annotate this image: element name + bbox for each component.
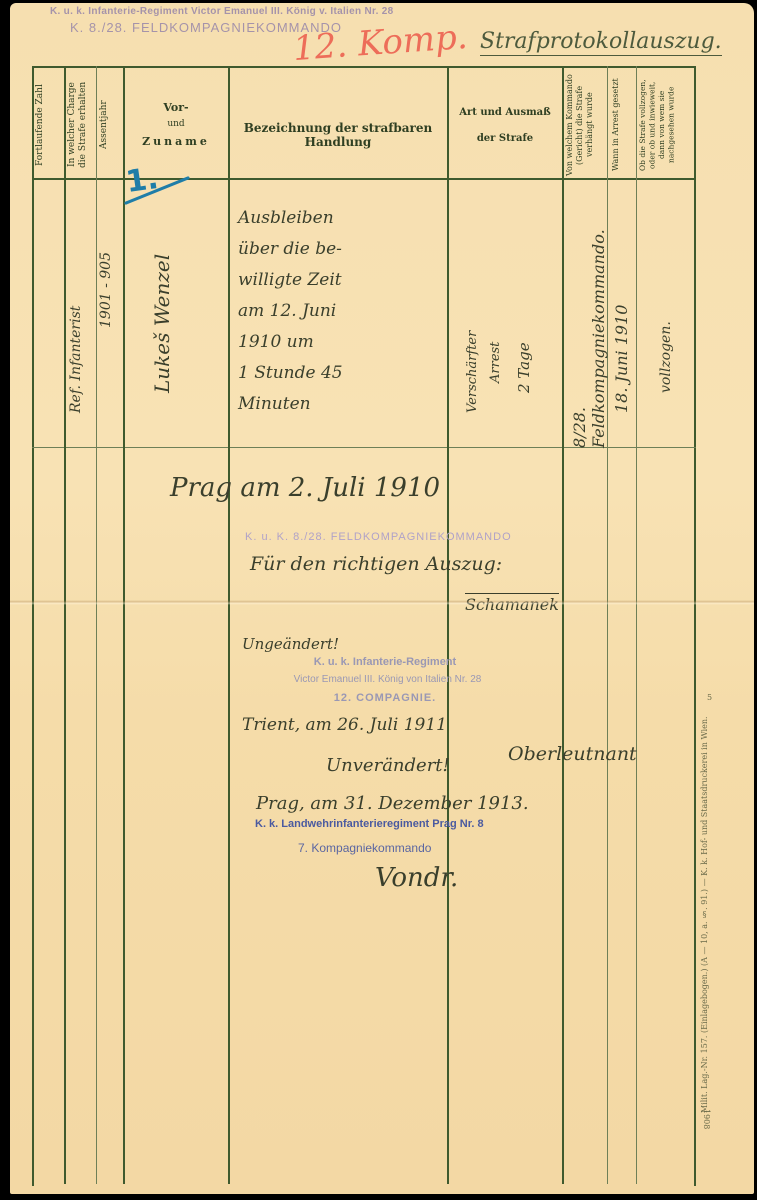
- cell-arrest-datum: 18. Juni 1910: [612, 213, 634, 413]
- document-page: K. u. k. Infanterie-Regiment Victor Eman…: [10, 3, 754, 1194]
- endorsement1-signature: Oberleutnant: [508, 743, 637, 765]
- header-art-line2: der Strafe: [450, 133, 560, 144]
- cell-assentjahr: 1901 - 905: [98, 218, 120, 328]
- header-vor: Vor-: [126, 101, 226, 114]
- certification-text: Für den richtigen Auszug:: [250, 553, 502, 575]
- endorsement1-stamp-line1: K. u. k. Infanterie-Regiment: [270, 656, 500, 668]
- cell-strafe-line2: Arrest: [488, 263, 506, 383]
- endorsement2-stamp-line2: 7. Kompagniekommando: [298, 841, 431, 855]
- col-line: [228, 66, 230, 1184]
- header-art-line1: Art und Ausmaß: [450, 107, 560, 118]
- endorsement2-place-date: Prag, am 31. Dezember 1913.: [256, 793, 529, 814]
- cell-name: Lukeš Wenzel: [150, 203, 200, 393]
- certification-stamp: K. u. K. 8./28. FELDKOMPAGNIEKOMMANDO: [245, 531, 512, 543]
- certification-place-date: Prag am 2. Juli 1910: [170, 473, 440, 503]
- cell-charge: Ref. Infanterist: [68, 213, 92, 413]
- col-line: [123, 66, 125, 1184]
- header-kommando: Von welchem Kommando (Gericht) die Straf…: [565, 73, 605, 177]
- col-line: [96, 66, 97, 1184]
- endorsement1-text: Ungeändert!: [242, 635, 339, 653]
- cell-vollzogen: vollzogen.: [658, 243, 680, 393]
- endorsement1-stamp-line3: 12. COMPAGNIE.: [270, 692, 500, 704]
- top-regiment-stamp: K. u. k. Infanterie-Regiment Victor Eman…: [50, 6, 394, 17]
- header-fortlaufende-zahl: Fortlaufende Zahl: [35, 75, 61, 175]
- cell-handlung: Ausbleiben über die be- willigte Zeit am…: [238, 203, 443, 420]
- side-mark-number: 5: [707, 693, 712, 702]
- header-charge: In welcher Charge die Strafe erhalten: [67, 75, 93, 175]
- col-line: [562, 66, 564, 1184]
- page-fold: [10, 600, 754, 605]
- cell-strafe-line1: Verschärfter: [465, 253, 483, 413]
- col-line: [447, 66, 449, 1184]
- document-title: Strafprotokollauszug.: [480, 29, 722, 56]
- header-und: und: [126, 119, 226, 129]
- col-line: [64, 66, 66, 1184]
- header-arrest: Wann in Arrest gesetzt: [610, 73, 634, 177]
- endorsement1-place-date: Trient, am 26. Juli 1911: [242, 715, 447, 735]
- header-handlung: Bezeichnung der strafbaren Handlung: [231, 121, 445, 149]
- endorsement1-stamp-line2: Victor Emanuel III. König von Italien Nr…: [255, 674, 520, 685]
- header-zuname: Zuname: [126, 135, 226, 148]
- header-vollzogen: Ob die Strafe vollzogen, oder ob und inw…: [638, 73, 690, 177]
- endorsement2-text: Unverändert!: [326, 755, 450, 776]
- cell-strafe-line3: 2 Tage: [515, 243, 533, 393]
- printer-imprint: Milit. Lag.-Nr. 157. (Einlagebogen.) (A …: [700, 683, 712, 1113]
- cell-kommando: 8/28. Feldkompagniekommando.: [570, 193, 600, 448]
- endorsement2-signature: Vondr.: [375, 863, 458, 893]
- side-mark-year: 1908: [702, 1109, 711, 1129]
- endorsement2-stamp-line1: K. k. Landwehrinfanterieregiment Prag Nr…: [255, 818, 484, 830]
- header-assentjahr: Assentjahr: [99, 75, 121, 175]
- col-line: [636, 66, 637, 1184]
